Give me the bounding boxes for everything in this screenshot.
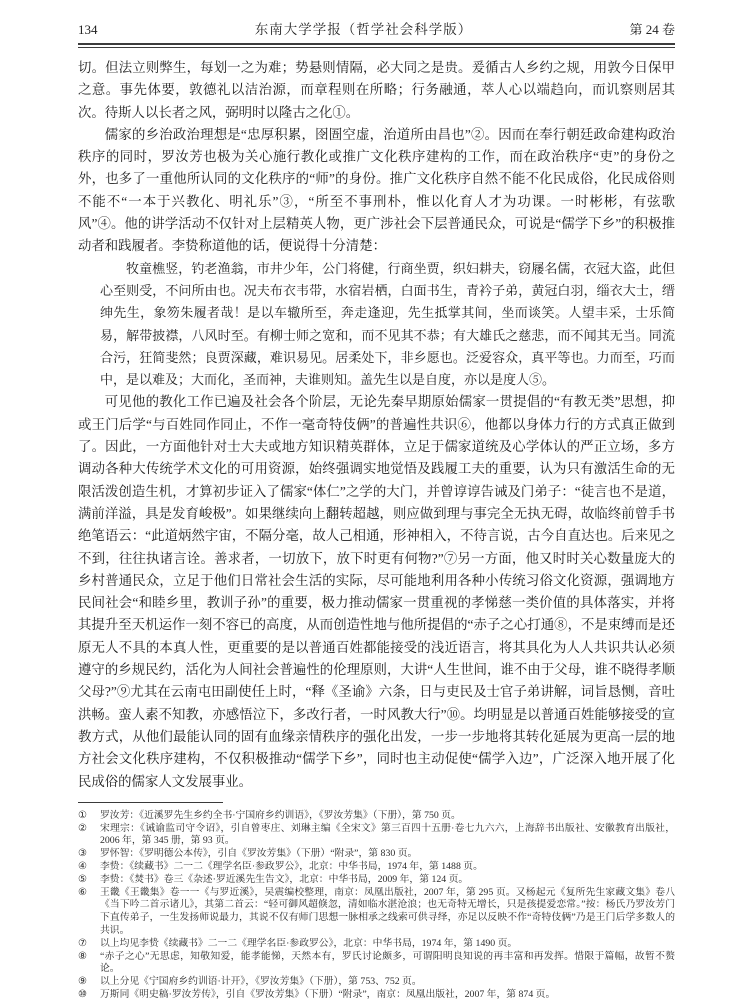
footnote-item: ④李贽：《续藏书》二一二《理学名臣·参政罗公》，北京：中华书局，1974 年，第… bbox=[78, 861, 675, 874]
footnote-separator bbox=[78, 802, 223, 803]
footnote-item: ⑦以上均见李贽《续藏书》二一二《理学名臣·参政罗公》，北京：中华书局，1974 … bbox=[78, 938, 675, 951]
footnote-marker: ⑤ bbox=[78, 874, 100, 887]
footnote-marker: ⑩ bbox=[78, 989, 100, 1000]
footnote-item: ②宋理宗：《诫谕监司守令诏》，引自曾枣庄、刘琳主编《全宋文》第三百四十五册·卷七… bbox=[78, 823, 675, 849]
footnote-text: 万斯同《明史稿·罗汝芳传》，引自《罗汝芳集》（下册）“附录”，南京：凤凰出版社，… bbox=[100, 989, 675, 1000]
footnote-text: 王畿《王畿集》卷一一《与罗近溪》，吴震编校整理，南京：凤凰出版社，2007 年，… bbox=[100, 887, 675, 938]
article-body: 切。但法立则弊生，每划一之为难；势悬则情隔，必大同之是贵。爰循古人乡约之规，用敦… bbox=[78, 57, 675, 793]
footnotes-section: ①罗汝芳：《近溪罗先生乡约全书·宁国府乡约训语》，《罗汝芳集》（下册），第 75… bbox=[78, 810, 675, 1000]
footnote-item: ⑥王畿《王畿集》卷一一《与罗近溪》，吴震编校整理，南京：凤凰出版社，2007 年… bbox=[78, 887, 675, 938]
footnote-marker: ⑥ bbox=[78, 887, 100, 938]
footnote-marker: ① bbox=[78, 810, 100, 823]
paragraph-2: 儒家的乡治政治理想是“忠厚积累，囹圄空虚，治道所由昌也”②。因而在奉行朝廷政命建… bbox=[78, 124, 675, 258]
footnote-item: ⑩万斯同《明史稿·罗汝芳传》，引自《罗汝芳集》（下册）“附录”，南京：凤凰出版社… bbox=[78, 989, 675, 1000]
block-quote: 牧童樵竖，钓老渔翁，市井少年，公门将健，行商坐贾，织妇耕夫，窃屦名儒，衣冠大盗，… bbox=[100, 258, 675, 392]
footnote-marker: ④ bbox=[78, 861, 100, 874]
journal-page: 134 东南大学学报（哲学社会科学版） 第 24 卷 切。但法立则弊生，每划一之… bbox=[0, 0, 750, 1000]
footnote-marker: ⑧ bbox=[78, 951, 100, 977]
footnote-text: 罗汝芳：《近溪罗先生乡约全书·宁国府乡约训语》，《罗汝芳集》（下册），第 750… bbox=[100, 810, 675, 823]
footnote-marker: ② bbox=[78, 823, 100, 849]
footnote-text: 以上均见李贽《续藏书》二一二《理学名臣·参政罗公》，北京：中华书局，1974 年… bbox=[100, 938, 675, 951]
volume-label: 第 24 卷 bbox=[629, 22, 675, 38]
header-rule bbox=[78, 43, 675, 48]
footnote-item: ⑨以上分见《宁国府乡约训语·计开》，《罗汝芳集》（下册），第 753、752 页… bbox=[78, 976, 675, 989]
footnote-item: ①罗汝芳：《近溪罗先生乡约全书·宁国府乡约训语》，《罗汝芳集》（下册），第 75… bbox=[78, 810, 675, 823]
footnote-text: 罗怀智：《罗明德公本传》，引自《罗汝芳集》（下册）“附录”，第 830 页。 bbox=[100, 848, 675, 861]
paragraph-continuation: 切。但法立则弊生，每划一之为难；势悬则情隔，必大同之是贵。爰循古人乡约之规，用敦… bbox=[78, 57, 675, 124]
footnote-text: 宋理宗：《诫谕监司守令诏》，引自曾枣庄、刘琳主编《全宋文》第三百四十五册·卷七九… bbox=[100, 823, 675, 849]
page-number: 134 bbox=[78, 22, 98, 38]
journal-title: 东南大学学报（哲学社会科学版） bbox=[255, 22, 473, 38]
footnote-item: ⑧“赤子之心”无思虑，知敬知爱，能孝能悌，天然本有，罗氏讨论颇多，可谓阳明良知说… bbox=[78, 951, 675, 977]
footnote-marker: ⑦ bbox=[78, 938, 100, 951]
footnote-text: “赤子之心”无思虑，知敬知爱，能孝能悌，天然本有，罗氏讨论颇多，可谓阳明良知说的… bbox=[100, 951, 675, 977]
footnote-item: ⑤李贽：《焚书》卷三《杂述·罗近溪先生告文》，北京：中华书局，2009 年，第 … bbox=[78, 874, 675, 887]
footnote-text: 以上分见《宁国府乡约训语·计开》，《罗汝芳集》（下册），第 753、752 页。 bbox=[100, 976, 675, 989]
footnote-marker: ③ bbox=[78, 848, 100, 861]
page-header: 134 东南大学学报（哲学社会科学版） 第 24 卷 bbox=[78, 22, 675, 38]
footnote-text: 李贽：《续藏书》二一二《理学名臣·参政罗公》，北京：中华书局，1974 年，第 … bbox=[100, 861, 675, 874]
footnote-marker: ⑨ bbox=[78, 976, 100, 989]
footnote-text: 李贽：《焚书》卷三《杂述·罗近溪先生告文》，北京：中华书局，2009 年，第 1… bbox=[100, 874, 675, 887]
footnote-item: ③罗怀智：《罗明德公本传》，引自《罗汝芳集》（下册）“附录”，第 830 页。 bbox=[78, 848, 675, 861]
paragraph-3: 可见他的教化工作已遍及社会各个阶层，无论先秦早期原始儒家一贯提倡的“有教无类”思… bbox=[78, 391, 675, 792]
